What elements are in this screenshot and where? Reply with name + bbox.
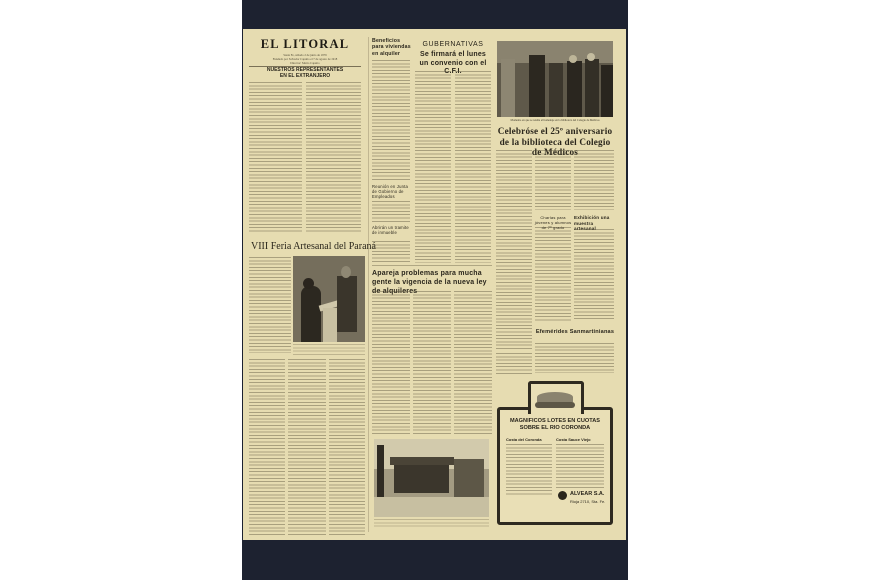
alquileres-body-col1: [372, 291, 410, 435]
alquileres-body-col2: [413, 291, 451, 435]
alvear-logo-icon: [558, 491, 567, 500]
feria-photo: [293, 256, 365, 342]
efemerides-headline: Efemérides Sanmartinianas: [535, 329, 615, 336]
col1-body-lower-a: [249, 359, 285, 537]
house-photo-caption: [374, 519, 489, 527]
masthead-director: Director: Mario Caputto: [249, 61, 361, 65]
representantes-body-col2: [306, 82, 361, 232]
alvear-advertisement: MAGNIFICOS LOTES EN CUOTAS SOBRE EL RIO …: [497, 407, 613, 525]
feria-photo-caption: [293, 344, 365, 356]
biblioteca-body-col3: [574, 150, 614, 210]
ad-illustration: [528, 381, 584, 414]
ad-headline-1: MAGNIFICOS LOTES EN CUOTAS: [506, 418, 604, 425]
col1-body-lower-b: [288, 359, 326, 537]
newspaper-page: EL LITORAL Santa Fe, sábado 2 de junio d…: [243, 29, 626, 540]
cfi-body-col1: [415, 71, 451, 263]
biblioteca-body-col1: [496, 150, 532, 350]
feria-body: [249, 257, 291, 353]
col1-body-lower-c: [329, 359, 365, 537]
charlas-body: [535, 227, 571, 321]
beneficios-headline: Beneficios para viviendas en alquiler: [372, 38, 412, 57]
col3-body-extra: [496, 353, 532, 375]
ad-col2-body: [556, 444, 604, 488]
cfi-kicker: GUBERNATIVAS: [415, 41, 491, 48]
ad-address: Rioja 2710, Sta. Fe.: [570, 499, 610, 504]
house-photo: [374, 439, 489, 517]
cfi-body-col2: [455, 71, 491, 263]
efemerides-body: [535, 343, 614, 373]
ad-col2-title: Costa Sauce Viejo: [556, 437, 606, 442]
exhibicion-body: [574, 229, 614, 321]
abrirse-body: [372, 241, 410, 263]
representantes-headline: NUESTROS REPRESENTANTES EN EL EXTRANJERO: [265, 67, 345, 79]
ad-headline-2: SOBRE EL RIO CORONDA: [506, 425, 604, 432]
section-rule: [372, 265, 492, 266]
alquileres-body-col3: [454, 291, 492, 435]
biblioteca-body-col2: [535, 150, 571, 210]
biblioteca-photo: [497, 41, 613, 117]
ad-col1-title: Costa del Coronda: [506, 437, 554, 442]
masthead-title: EL LITORAL: [249, 37, 361, 52]
ad-company: ALVEAR S.A.: [570, 491, 610, 497]
feria-headline: VIII Feria Artesanal del Paraná: [251, 241, 361, 252]
column-rule: [368, 37, 369, 532]
ad-col1-body: [506, 444, 552, 496]
abrirse-headline: Abrirán un tramite de inmueble: [372, 225, 412, 235]
reunion-headline: Reunión en Junta de Gobierno de Empleado…: [372, 184, 412, 200]
beneficios-body: [372, 60, 410, 180]
reunion-body: [372, 201, 410, 223]
representantes-body-col1: [249, 82, 302, 232]
biblioteca-photo-caption: Momento en que se rendía el homenaje en …: [497, 119, 613, 123]
